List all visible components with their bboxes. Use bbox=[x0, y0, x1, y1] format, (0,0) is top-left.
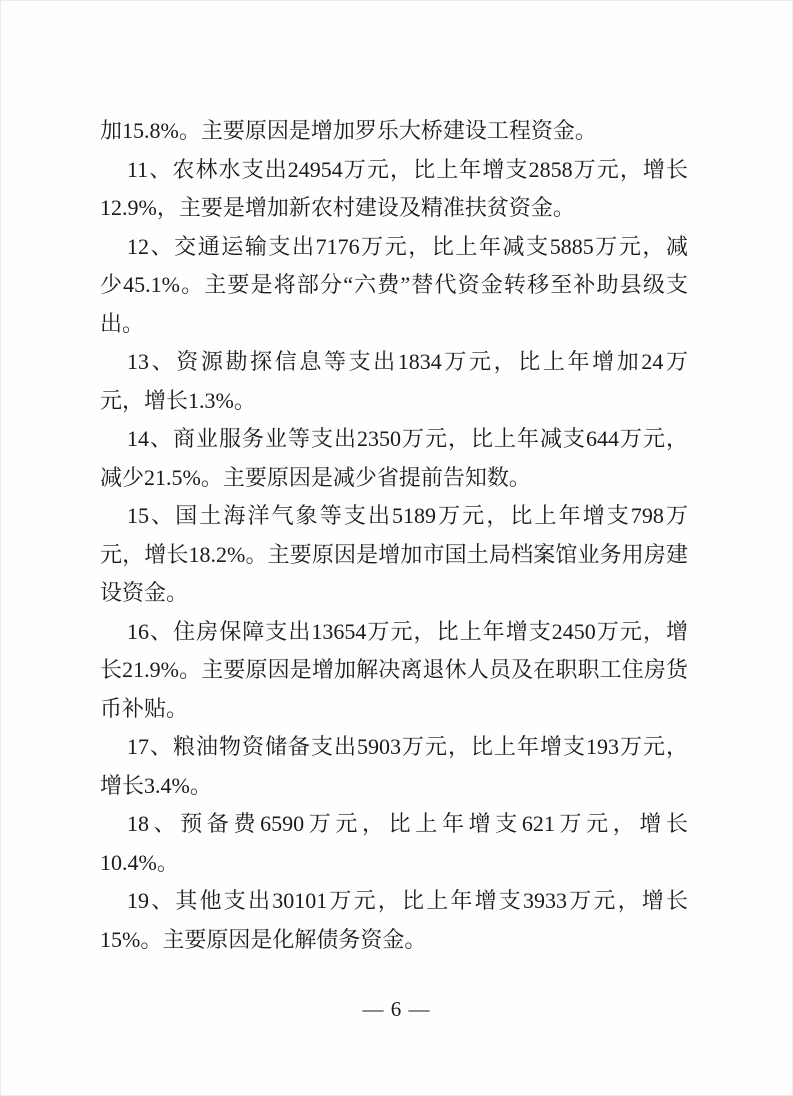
document-page: 加15.8%。主要原因是增加罗乐大桥建设工程资金。11、农林水支出24954万元… bbox=[0, 0, 793, 1096]
text-line: 少45.1%。主要是将部分“六费”替代资金转移至补助县级支 bbox=[100, 266, 688, 305]
text-line: 16、住房保障支出13654万元，比上年增支2450万元，增 bbox=[100, 613, 688, 652]
text-line: 长21.9%。主要原因是增加解决离退休人员及在职职工住房货 bbox=[100, 651, 688, 690]
text-line: 元，增长18.2%。主要原因是增加市国土局档案馆业务用房建 bbox=[100, 536, 688, 575]
text-line: 14、商业服务业等支出2350万元，比上年减支644万元， bbox=[100, 420, 688, 459]
text-line: 币补贴。 bbox=[100, 690, 688, 729]
paragraph: 16、住房保障支出13654万元，比上年增支2450万元，增长21.9%。主要原… bbox=[100, 613, 688, 729]
text-line: 12、交通运输支出7176万元，比上年减支5885万元，减 bbox=[100, 228, 688, 267]
paragraph: 17、粮油物资储备支出5903万元，比上年增支193万元，增长3.4%。 bbox=[100, 728, 688, 805]
text-line: 19、其他支出30101万元，比上年增支3933万元，增长 bbox=[100, 882, 688, 921]
text-line: 18、预备费6590万元，比上年增支621万元，增长 bbox=[100, 805, 688, 844]
paragraph: 15、国土海洋气象等支出5189万元，比上年增支798万元，增长18.2%。主要… bbox=[100, 497, 688, 613]
text-line: 15、国土海洋气象等支出5189万元，比上年增支798万 bbox=[100, 497, 688, 536]
text-line: 13、资源勘探信息等支出1834万元，比上年增加24万 bbox=[100, 343, 688, 382]
page-number: — 6 — bbox=[0, 995, 793, 1023]
text-line: 15%。主要原因是化解债务资金。 bbox=[100, 921, 688, 960]
text-line: 增长3.4%。 bbox=[100, 767, 688, 806]
paragraph: 19、其他支出30101万元，比上年增支3933万元，增长15%。主要原因是化解… bbox=[100, 882, 688, 959]
paragraph: 13、资源勘探信息等支出1834万元，比上年增加24万元，增长1.3%。 bbox=[100, 343, 688, 420]
document-body: 加15.8%。主要原因是增加罗乐大桥建设工程资金。11、农林水支出24954万元… bbox=[100, 112, 688, 959]
paragraph: 18、预备费6590万元，比上年增支621万元，增长10.4%。 bbox=[100, 805, 688, 882]
text-line: 12.9%，主要是增加新农村建设及精准扶贫资金。 bbox=[100, 189, 688, 228]
paragraph: 12、交通运输支出7176万元，比上年减支5885万元，减少45.1%。主要是将… bbox=[100, 228, 688, 344]
text-line: 10.4%。 bbox=[100, 844, 688, 883]
text-line: 元，增长1.3%。 bbox=[100, 382, 688, 421]
paragraph: 14、商业服务业等支出2350万元，比上年减支644万元，减少21.5%。主要原… bbox=[100, 420, 688, 497]
text-line: 减少21.5%。主要原因是减少省提前告知数。 bbox=[100, 459, 688, 498]
text-line: 17、粮油物资储备支出5903万元，比上年增支193万元， bbox=[100, 728, 688, 767]
paragraph: 加15.8%。主要原因是增加罗乐大桥建设工程资金。 bbox=[100, 112, 688, 151]
text-line: 11、农林水支出24954万元，比上年增支2858万元，增长 bbox=[100, 151, 688, 190]
text-line: 设资金。 bbox=[100, 574, 688, 613]
text-line: 出。 bbox=[100, 305, 688, 344]
paragraph: 11、农林水支出24954万元，比上年增支2858万元，增长12.9%，主要是增… bbox=[100, 151, 688, 228]
text-line: 加15.8%。主要原因是增加罗乐大桥建设工程资金。 bbox=[100, 112, 688, 151]
